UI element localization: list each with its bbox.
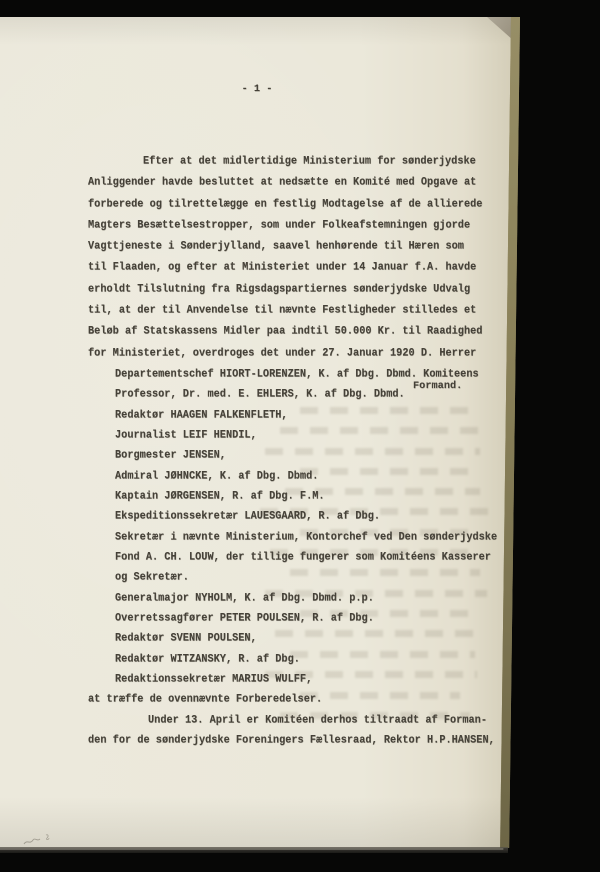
text-line: Beløb af Statskassens Midler paa indtil … bbox=[0, 326, 514, 349]
text-line: for Ministeriet, overdroges det under 27… bbox=[0, 348, 514, 371]
committee-member: Redaktionssekretær MARIUS WULFF, bbox=[0, 674, 514, 696]
committee-member: Generalmajor NYHOLM, K. af Dbg. Dbmd. p.… bbox=[0, 593, 514, 615]
committee-member: Fond A. CH. LOUW, der tillige fungerer s… bbox=[0, 552, 514, 574]
committee-member: Professor, Dr. med. E. EHLERS, K. af Dbg… bbox=[0, 389, 514, 411]
committee-member: Journalist LEIF HENDIL, bbox=[0, 430, 514, 452]
text-line: Vagttjeneste i Sønderjylland, saavel hen… bbox=[0, 241, 514, 264]
formand-note: Formand. bbox=[413, 381, 462, 392]
opening-paragraph: Efter at det midlertidige Ministerium fo… bbox=[0, 156, 514, 369]
text-line: Anliggender havde besluttet at nedsætte … bbox=[0, 177, 514, 200]
text-line: at træffe de ovennævnte Forberedelser. bbox=[0, 694, 514, 716]
text-line: Efter at det midlertidige Ministerium fo… bbox=[0, 156, 514, 179]
committee-member: Sekretær i nævnte Ministerium, Kontorche… bbox=[0, 532, 514, 554]
text-line: Magters Besættelsestropper, som under Fo… bbox=[0, 220, 514, 243]
document-page: - 1 - Efter at det midlertidige Minister… bbox=[0, 17, 514, 850]
text-line: til, at der til Anvendelse til nævnte Fe… bbox=[0, 305, 514, 328]
committee-list: Departementschef HIORT-LORENZEN, K. af D… bbox=[0, 369, 514, 755]
committee-member: Redaktør HAAGEN FALKENFLETH, bbox=[0, 410, 514, 432]
committee-member: Ekspeditionssekretær LAUESGAARD, R. af D… bbox=[0, 511, 514, 533]
text-line: til Flaaden, og efter at Ministeriet und… bbox=[0, 262, 514, 285]
page-number: - 1 - bbox=[0, 84, 514, 95]
committee-member: Redaktør WITZANSKY, R. af Dbg. bbox=[0, 654, 514, 676]
committee-member: Redaktør SVENN POULSEN, bbox=[0, 633, 514, 655]
text-line: erholdt Tilslutning fra Rigsdagspartiern… bbox=[0, 284, 514, 307]
text-line: forberede og tilrettelægge en festlig Mo… bbox=[0, 199, 514, 222]
page-bottom-shadow bbox=[0, 847, 508, 853]
committee-member: Borgmester JENSEN, bbox=[0, 450, 514, 472]
committee-member: og Sekretær. bbox=[0, 572, 514, 594]
text-line: Under 13. April er Komitéen derhos tiltr… bbox=[0, 715, 514, 737]
text-line: den for de sønderjydske Foreningers Fæll… bbox=[0, 735, 514, 757]
committee-member: Admiral JØHNCKE, K. af Dbg. Dbmd. bbox=[0, 471, 514, 493]
committee-member: Kaptain JØRGENSEN, R. af Dbg. F.M. bbox=[0, 491, 514, 513]
committee-member: Overretssagfører PETER POULSEN, R. af Db… bbox=[0, 613, 514, 635]
